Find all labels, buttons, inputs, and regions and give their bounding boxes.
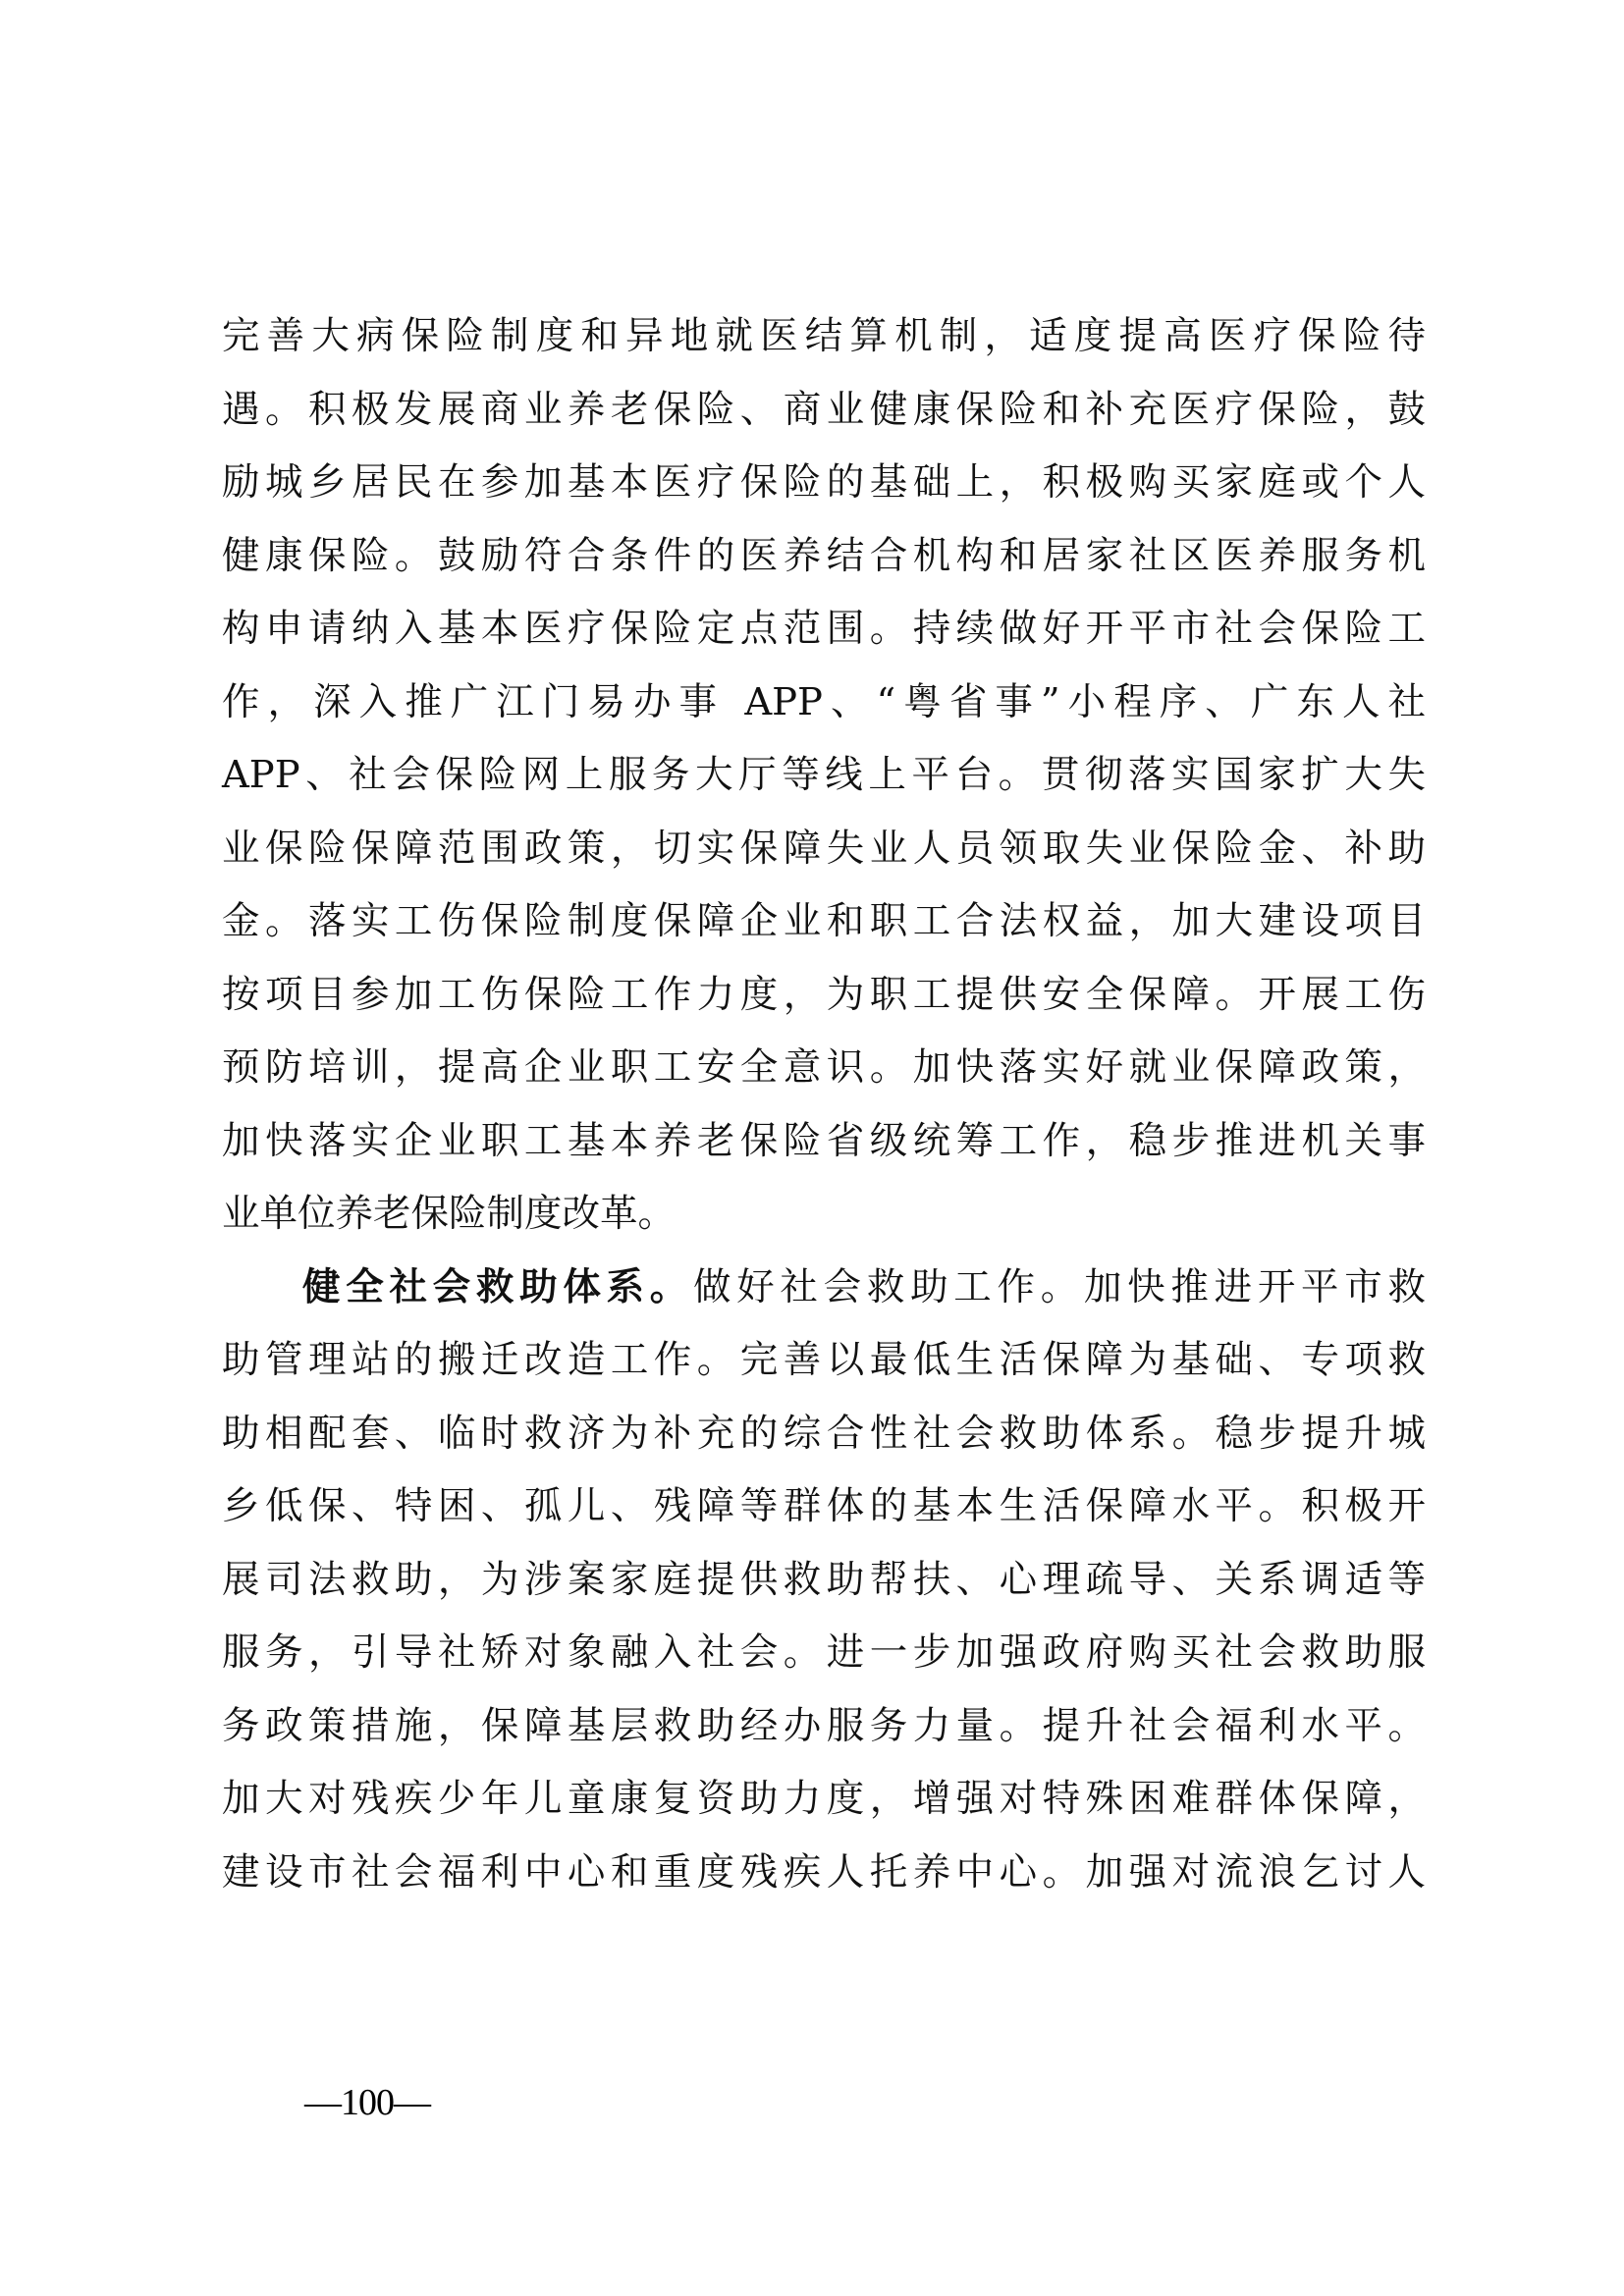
document-page: 完善大病保险制度和异地就医结算机制，适度提高医疗保险待 遇。积极发展商业养老保险… [0,0,1624,2296]
text-line: 务政策措施，保障基层救助经办服务力量。提升社会福利水平。 [222,1690,1426,1764]
text-line: 加快落实企业职工基本养老保险省级统筹工作，稳步推进机关事 [222,1105,1426,1179]
text-line: 展司法救助，为涉案家庭提供救助帮扶、心理疏导、关系调适等 [222,1544,1426,1618]
text-line: 加大对残疾少年儿童康复资助力度，增强对特殊困难群体保障， [222,1763,1426,1837]
section-heading: 健全社会救助体系。 [302,1265,693,1309]
text-line: 助相配套、临时救济为补充的综合性社会救助体系。稳步提升城 [222,1398,1426,1471]
text-line: 完善大病保险制度和异地就医结算机制，适度提高医疗保险待 [222,300,1426,374]
text-line: 业保险保障范围政策，切实保障失业人员领取失业保险金、补助 [222,813,1426,886]
text-line: 构申请纳入基本医疗保险定点范围。持续做好开平市社会保险工 [222,593,1426,667]
text-line: 助管理站的搬迁改造工作。完善以最低生活保障为基础、专项救 [222,1324,1426,1398]
text-line: 服务，引导社矫对象融入社会。进一步加强政府购买社会救助服 [222,1617,1426,1690]
text-line: 金。落实工伤保险制度保障企业和职工合法权益，加大建设项目 [222,885,1426,959]
text-line: 乡低保、特困、孤儿、残障等群体的基本生活保障水平。积极开 [222,1470,1426,1544]
paragraph-first-line: 健全社会救助体系。做好社会救助工作。加快推进开平市救 [222,1252,1426,1325]
text-line: 作，深入推广江门易办事 APP、“粤省事”小程序、广东人社 [222,667,1426,740]
body-text: 完善大病保险制度和异地就医结算机制，适度提高医疗保险待 遇。积极发展商业养老保险… [222,300,1426,1909]
text-line: 预防培训，提高企业职工安全意识。加快落实好就业保障政策， [222,1032,1426,1105]
text-run: 做好社会救助工作。加快推进开平市救 [693,1265,1426,1309]
text-line: 健康保险。鼓励符合条件的医养结合机构和居家社区医养服务机 [222,520,1426,594]
text-line: 业单位养老保险制度改革。 [222,1178,1426,1252]
text-line: 励城乡居民在参加基本医疗保险的基础上，积极购买家庭或个人 [222,447,1426,520]
page-number: —100— [304,2081,430,2124]
text-line: APP、社会保险网上服务大厅等线上平台。贯彻落实国家扩大失 [222,739,1426,813]
text-line: 建设市社会福利中心和重度残疾人托养中心。加强对流浪乞讨人 [222,1837,1426,1910]
text-line: 遇。积极发展商业养老保险、商业健康保险和补充医疗保险，鼓 [222,374,1426,448]
text-line: 按项目参加工伤保险工作力度，为职工提供安全保障。开展工伤 [222,959,1426,1033]
